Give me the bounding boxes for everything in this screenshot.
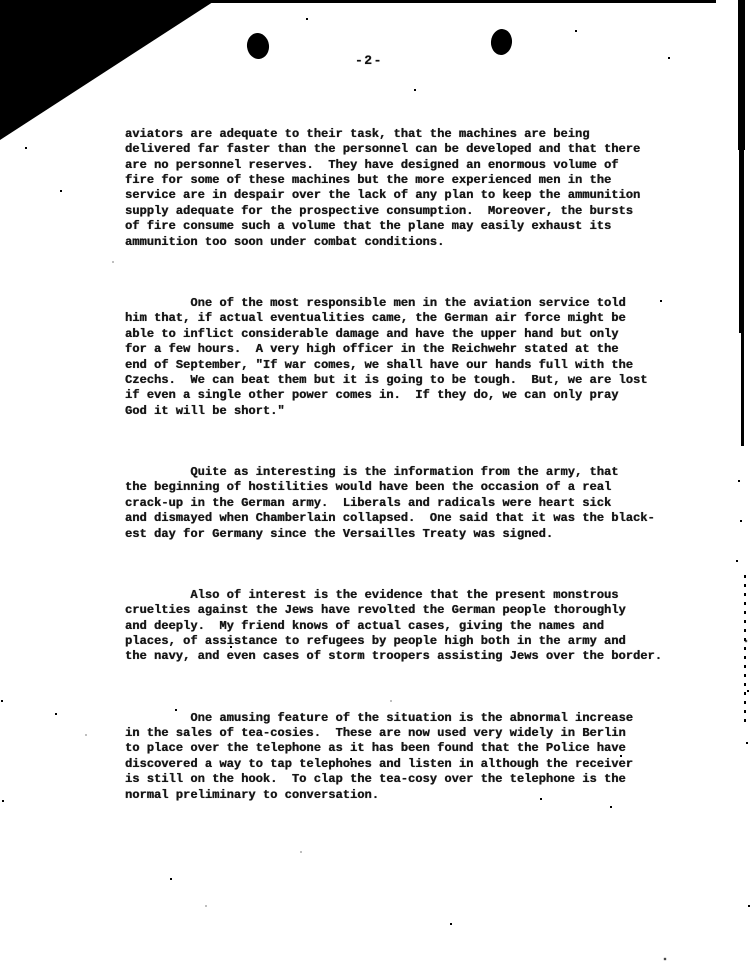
paragraph: One of the most responsible men in the a… [125, 296, 710, 419]
document-body: aviators are adequate to their task, tha… [125, 96, 710, 849]
film-noise-specks [0, 0, 2, 2]
scan-right-edge-dashes [744, 575, 746, 725]
punch-hole [245, 32, 270, 61]
paragraph: One amusing feature of the situation is … [125, 711, 710, 803]
scan-right-edge-artifact [739, 148, 744, 333]
page-number: -2- [355, 53, 383, 68]
scan-right-edge-artifact [738, 0, 745, 150]
scanned-document-page: -2- aviators are adequate to their task,… [0, 0, 750, 972]
scan-top-edge-artifact [188, 0, 716, 3]
punch-hole [490, 28, 514, 56]
paragraph: aviators are adequate to their task, tha… [125, 127, 710, 250]
scan-right-edge-artifact [741, 330, 744, 446]
paragraph: Also of interest is the evidence that th… [125, 588, 710, 665]
paragraph: Quite as interesting is the information … [125, 465, 710, 542]
